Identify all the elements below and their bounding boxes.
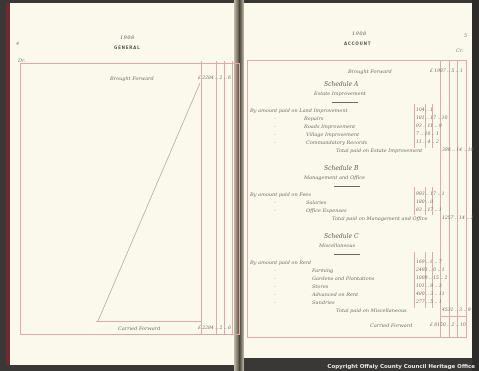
schedule-c-item-amount: 2493 .. 0 .. 1 (416, 268, 445, 273)
schedule-c-item-amount: 277 .. 5 .. 1 (416, 300, 442, 305)
brought-forward-label: Brought Forward (110, 76, 154, 82)
schedule-a-total-amount: 398 .. 14 .. 10 (442, 148, 474, 153)
carried-forward-amount: £ 8150 .. 2 .. 10 (430, 323, 466, 328)
schedule-c-item: Sundries (312, 300, 335, 306)
subtotal-rule (414, 104, 415, 148)
schedule-a-item-amount: 181 .. 17 .. 10 (416, 116, 448, 121)
brought-forward-amount: £ 1987 .. 5 .. 1 (430, 69, 463, 74)
schedule-c-total-amount: 4531 .. 3 .. 9 (442, 308, 471, 313)
book-edge (472, 0, 479, 371)
page-year: 1908 (352, 31, 367, 37)
schedule-a-intro: By amount paid on Land Improvement (250, 108, 348, 114)
schedule-b-item: Office Expenses (306, 208, 347, 214)
ditto-mark: - (274, 132, 276, 138)
page-heading: ACCOUNT (344, 41, 371, 46)
total-rule (440, 316, 467, 317)
schedule-c-item-amount: 101 .. 9 .. 3 (416, 284, 442, 289)
carried-forward-amount: £ 2284 .. 2 .. 6 (198, 326, 231, 331)
schedule-a-title: Schedule A (324, 81, 358, 88)
schedule-a-item: Roads Improvement (304, 124, 355, 130)
cr-label: Cr. (456, 48, 463, 54)
schedule-b-item-amount: 83 .. 17 .. 1 (416, 208, 442, 213)
carried-forward-label: Carried Forward (370, 323, 412, 329)
ditto-mark: - (274, 300, 276, 306)
ditto-mark: - (274, 292, 276, 298)
subtotal-rule (414, 252, 415, 308)
schedule-c-total-label: Total paid on Miscellaneous (336, 308, 407, 314)
schedule-c-item: Stores (312, 284, 328, 290)
ditto-mark: - (274, 276, 276, 282)
schedule-b-item: Salaries (306, 200, 327, 206)
ditto-mark: - (274, 124, 276, 130)
schedule-a-item-amount: 93 .. 11 .. 9 (416, 124, 442, 129)
page-mark: 5 (464, 33, 467, 39)
schedule-b-intro: By amount paid on Fees (250, 192, 311, 198)
column-rule (457, 60, 458, 338)
ditto-mark: - (274, 284, 276, 290)
schedule-a-item-amount: 11 .. 4 .. 2 (416, 140, 439, 145)
copyright-credit: Copyright Offaly County Council Heritage… (327, 364, 475, 370)
schedule-b-total-amount: 1257 .. 14 .. 2 (442, 216, 474, 221)
schedule-b-subtitle: Management and Office (304, 175, 365, 181)
column-rule (449, 60, 450, 338)
ditto-mark: - (274, 268, 276, 274)
ditto-mark: - (274, 116, 276, 122)
schedule-a-item-amount: 7 .. 10 .. 1 (416, 132, 439, 137)
schedule-c-intro-amount: 169 .. 8 .. 7 (416, 260, 442, 265)
carried-forward-label: Carried Forward (118, 326, 160, 332)
schedule-b-item-amount: 180 .. 0 (416, 200, 433, 205)
schedule-c-intro: By amount paid on Rent (250, 260, 311, 266)
schedule-a-item: Village Improvement (306, 132, 359, 138)
ditto-mark: - (274, 140, 276, 146)
schedule-a-item: Commandatory Records (306, 140, 367, 146)
schedule-a-total-label: Total paid on Estate Improvement (336, 148, 422, 154)
brought-forward-label: Brought Forward (348, 69, 392, 75)
schedule-b-total-label: Total paid on Management and Office (332, 216, 428, 222)
schedule-c-subtitle: Miscellaneous (319, 243, 355, 249)
schedule-c-item: Advanced on Rent (312, 292, 358, 298)
schedule-a-subtitle: Estate Improvement (314, 91, 366, 97)
subtotal-rule (414, 187, 415, 215)
left-page: 4 1908 GENERAL Dr. Brought Forward £ 228… (6, 3, 234, 365)
ditto-mark: - (274, 208, 276, 214)
right-page: 1908 ACCOUNT 5 Cr. Brought Forward £ 198… (244, 3, 472, 358)
schedule-a-item: Repairs (304, 116, 323, 122)
schedule-b-title: Schedule B (324, 165, 358, 172)
brought-forward-amount: £ 2284 .. 2 .. 6 (198, 76, 231, 81)
section-rule (332, 102, 358, 103)
schedule-b-intro-amount: 993 .. 17 .. 1 (416, 192, 445, 197)
schedule-c-item: Gardens and Plantations (312, 276, 374, 282)
cancellation-diagonal (10, 3, 238, 365)
ditto-mark: - (274, 200, 276, 206)
schedule-c-item-amount: 1009 .. 15 .. 2 (416, 276, 448, 281)
section-rule (334, 254, 360, 255)
section-rule (334, 186, 360, 187)
schedule-c-title: Schedule C (324, 233, 359, 240)
schedule-c-item: Farming (312, 268, 333, 274)
schedule-c-item-amount: 480 .. 3 .. 11 (416, 292, 445, 297)
